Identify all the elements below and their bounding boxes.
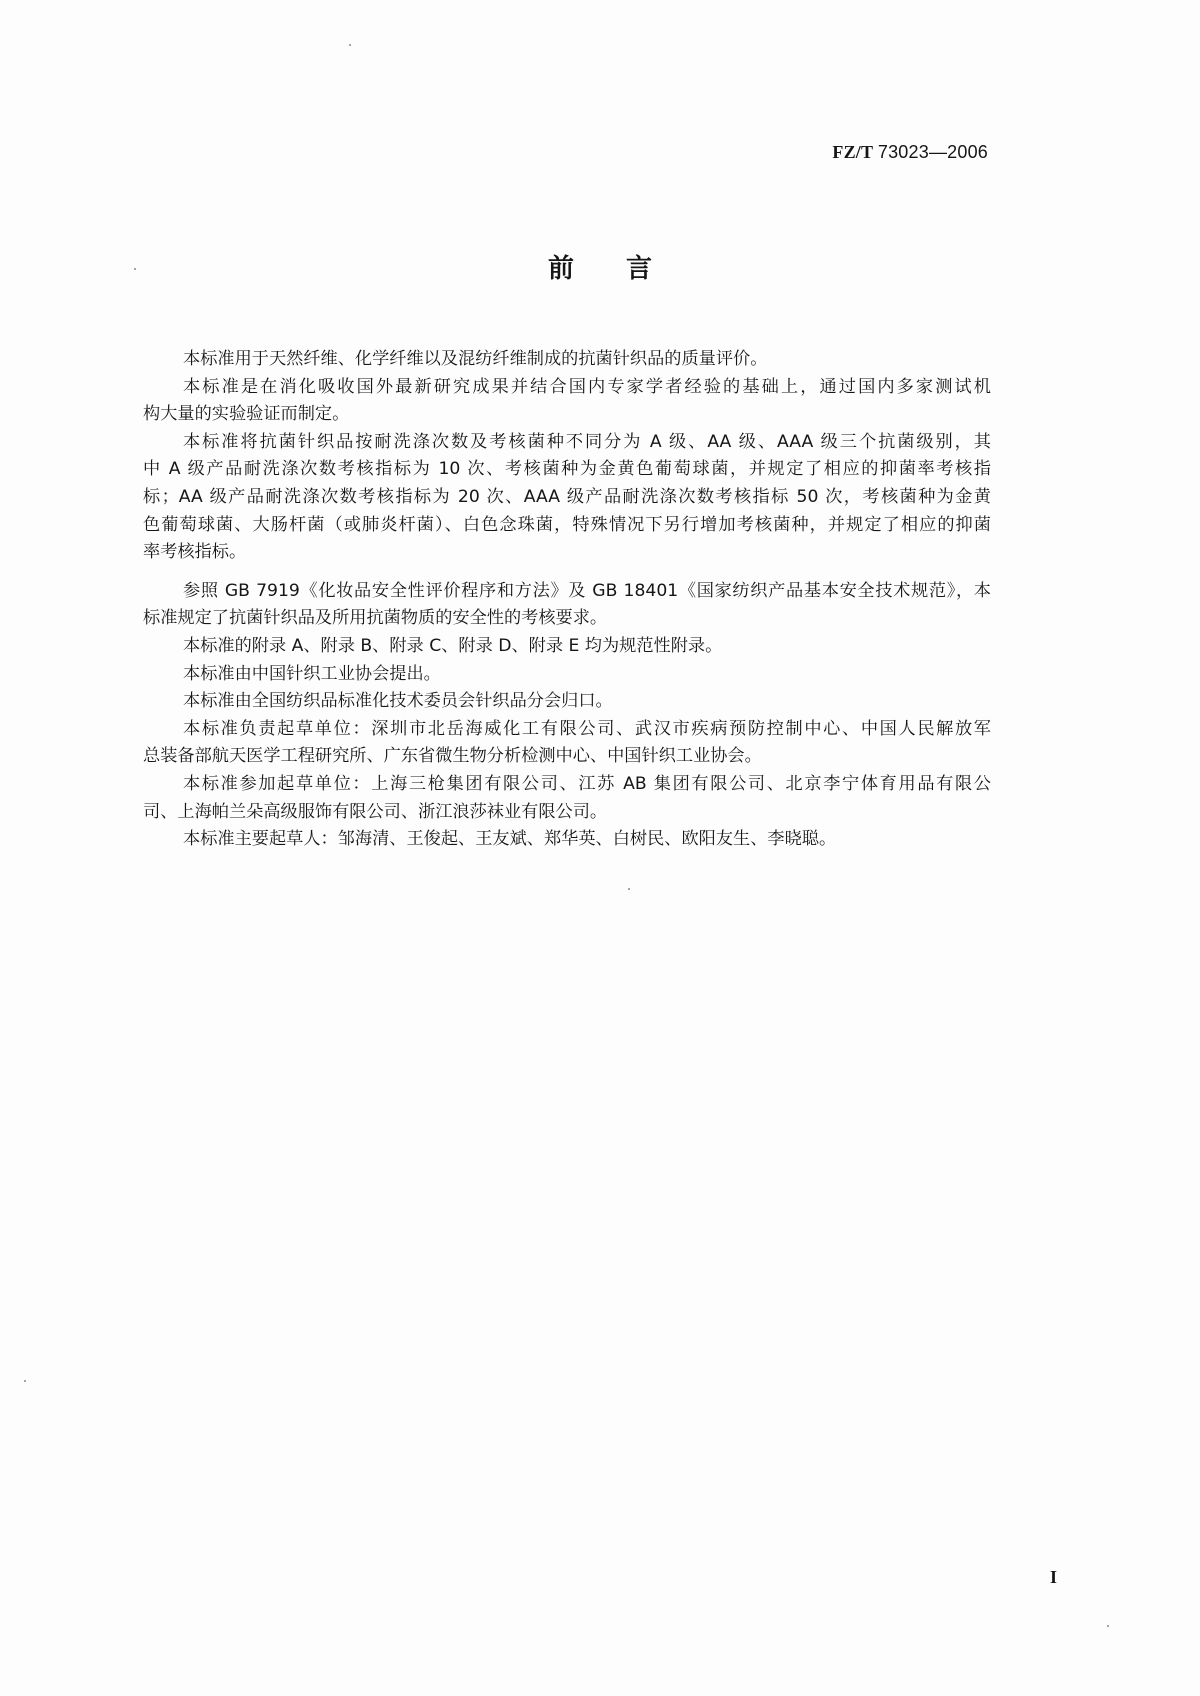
- text-line: 本标准是在消化吸收国外最新研究成果并结合国内专家学者经验的基础上，通过国内多家测…: [143, 374, 991, 402]
- paragraph-scope: 本标准用于天然纤维、化学纤维以及混纺纤维制成的抗菌针织品的质量评价。: [143, 346, 991, 374]
- text-line: 参照 GB 7919《化妆品安全性评价程序和方法》及 GB 18401《国家纺织…: [143, 578, 991, 606]
- text-line: 标；AA 级产品耐洗涤次数考核指标为 20 次、AAA 级产品耐洗涤次数考核指标…: [143, 484, 991, 512]
- text-line: 本标准由中国针织工业协会提出。: [143, 661, 991, 689]
- text-line: 标准规定了抗菌针织品及所用抗菌物质的安全性的考核要求。: [143, 605, 991, 633]
- scan-speck: [349, 44, 351, 46]
- text-line: 构大量的实验验证而制定。: [143, 401, 991, 429]
- paragraph-administrator: 本标准由全国纺织品标准化技术委员会针织品分会归口。: [143, 688, 991, 716]
- title-char-2: 言: [626, 254, 704, 284]
- standard-prefix: FZ/T: [832, 142, 873, 162]
- foreword-body: 本标准用于天然纤维、化学纤维以及混纺纤维制成的抗菌针织品的质量评价。 本标准是在…: [143, 346, 991, 854]
- text-line: 本标准负责起草单位：深圳市北岳海威化工有限公司、武汉市疾病预防控制中心、中国人民…: [143, 716, 991, 744]
- text-line: 总装备部航天医学工程研究所、广东省微生物分析检测中心、中国针织工业协会。: [143, 743, 991, 771]
- text-line: 本标准参加起草单位：上海三枪集团有限公司、江苏 AB 集团有限公司、北京李宁体育…: [143, 771, 991, 799]
- title-char-1: 前: [548, 254, 626, 284]
- text-line: 本标准主要起草人：邹海清、王俊起、王友斌、郑华英、白树民、欧阳友生、李晓聪。: [143, 826, 991, 854]
- scan-speck: [24, 1380, 26, 1382]
- text-line: 本标准将抗菌针织品按耐洗涤次数及考核菌种不同分为 A 级、AA 级、AAA 级三…: [143, 429, 991, 457]
- standard-number: 73023—2006: [878, 142, 988, 162]
- paragraph-proposer: 本标准由中国针织工业协会提出。: [143, 661, 991, 689]
- text-line: 率考核指标。: [143, 539, 991, 567]
- standard-code: FZ/T 73023—2006: [832, 142, 988, 163]
- text-line: 本标准用于天然纤维、化学纤维以及混纺纤维制成的抗菌针织品的质量评价。: [143, 346, 991, 374]
- scan-speck: [134, 268, 136, 270]
- paragraph-basis: 本标准是在消化吸收国外最新研究成果并结合国内专家学者经验的基础上，通过国内多家测…: [143, 374, 991, 429]
- paragraph-participating-units: 本标准参加起草单位：上海三枪集团有限公司、江苏 AB 集团有限公司、北京李宁体育…: [143, 771, 991, 826]
- paragraph-references: 参照 GB 7919《化妆品安全性评价程序和方法》及 GB 18401《国家纺织…: [143, 578, 991, 633]
- page-number: I: [1050, 1567, 1057, 1588]
- page-title: 前言: [0, 248, 1200, 285]
- text-line: 本标准由全国纺织品标准化技术委员会针织品分会归口。: [143, 688, 991, 716]
- text-line: 色葡萄球菌、大肠杆菌（或肺炎杆菌）、白色念珠菌，特殊情况下另行增加考核菌种，并规…: [143, 512, 991, 540]
- paragraph-grades: 本标准将抗菌针织品按耐洗涤次数及考核菌种不同分为 A 级、AA 级、AAA 级三…: [143, 429, 991, 567]
- text-line: 司、上海帕兰朵高级服饰有限公司、浙江浪莎袜业有限公司。: [143, 799, 991, 827]
- scan-speck: [1107, 1625, 1109, 1627]
- document-page: FZ/T 73023—2006 前言 本标准用于天然纤维、化学纤维以及混纺纤维制…: [0, 0, 1200, 1696]
- paragraph-appendices: 本标准的附录 A、附录 B、附录 C、附录 D、附录 E 均为规范性附录。: [143, 633, 991, 661]
- paragraph-drafters: 本标准主要起草人：邹海清、王俊起、王友斌、郑华英、白树民、欧阳友生、李晓聪。: [143, 826, 991, 854]
- text-line: 中 A 级产品耐洗涤次数考核指标为 10 次、考核菌种为金黄色葡萄球菌，并规定了…: [143, 456, 991, 484]
- paragraph-drafting-units: 本标准负责起草单位：深圳市北岳海威化工有限公司、武汉市疾病预防控制中心、中国人民…: [143, 716, 991, 771]
- text-line: 本标准的附录 A、附录 B、附录 C、附录 D、附录 E 均为规范性附录。: [143, 633, 991, 661]
- scan-speck: [628, 888, 630, 890]
